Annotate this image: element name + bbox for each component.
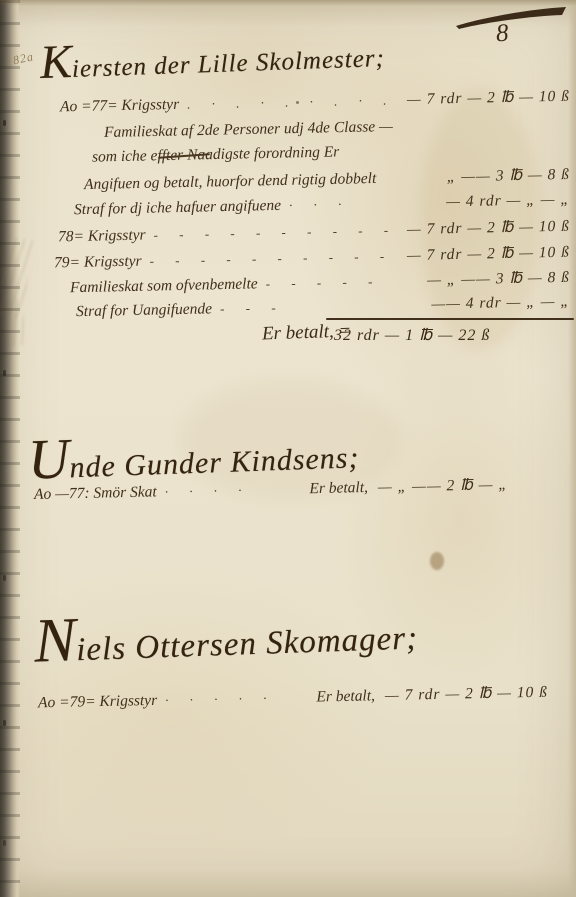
entry-amount: — 7 rdr — 2 ℔ — 10 ß [407,243,570,265]
dot-leader: - - - - - - - - - - [149,248,399,269]
ledger-line: som iche effter Naadigste forordning Er [92,143,340,166]
ledger-line: Ao =79= Krigsstyr · · · · · Er betalt, —… [38,683,548,713]
book-binding-gutter [0,0,20,897]
ledger-line: Familieskat som ofvenbemelte - - - - - —… [70,268,570,297]
dot-leader: · · · [289,195,438,214]
entry-amount: — „ —— 2 ℔ — „ [378,475,508,497]
entry-amount: —— 4 rdr — „ — „ [431,293,570,314]
section-heading-schoolmaster: Kiersten der Lille Skolmester; [39,24,385,90]
entry-label: Familieskat af 2de Personer udj 4de Clas… [104,118,393,142]
entry-label: 79= Krigsstyr [54,253,142,273]
ink-blot [430,552,444,570]
sum-rule [326,318,574,320]
dot-leader: . · . · . · . · . · . · [187,92,399,112]
ledger-line: Ao =77= Krigsstyr . · . · . · . · . · . … [60,87,570,117]
entry-label: Ao —77: Smör Skat [34,483,157,504]
entry-label: Straf for dj iche hafuer angifuene [74,197,281,219]
entry-amount: — „ —— 3 ℔ — 8 ß [427,268,570,290]
paid-label: Er betalt, [309,479,368,498]
entry-amount: — 4 rdr — „ — „ [446,191,570,212]
paid-label: Er betalt, [316,687,375,706]
entry-label: 78= Krigsstyr [58,227,146,247]
entry-label: som iche effter Naadigste forordning Er [92,143,340,166]
dot-leader [384,182,439,183]
entry-label: Ao =77= Krigsstyr [60,96,179,116]
dot-leader: · · · · · [165,690,305,709]
entry-amount: — 7 rdr — 2 ℔ — 10 ß [407,87,570,109]
folio-number: 8 [495,20,509,49]
ledger-line: Angifuen og betalt, huorfor dend rigtig … [84,165,570,194]
section-heading-skomager: Niels Ottersen Skomager; [33,591,419,677]
entry-label: Straf for Uangifuende [76,300,212,321]
entry-amount: „ —— 3 ℔ — 8 ß [447,165,571,187]
ledger-line: 78= Krigsstyr - - - - - - - - - - - - — … [58,217,570,247]
dot-leader: - - - [220,297,424,317]
dot-leader: - - - - - - - - - - - - [153,222,399,243]
ledger-line: Familieskat af 2de Personer udj 4de Clas… [104,118,393,142]
dot-leader: · · · · [165,481,298,500]
ledger-line: Straf for Uangifuende - - - —— 4 rdr — „… [76,293,570,321]
entry-amount: — 7 rdr — 2 ℔ — 10 ß [385,683,548,705]
entry-label: Ao =79= Krigsstyr [38,692,157,712]
entry-label: Familieskat som ofvenbemelte [70,275,258,297]
entry-amount: — 7 rdr — 2 ℔ — 10 ß [407,217,570,239]
total-paid-amount: 32 rdr — 1 ℔ — 22 ß [334,325,490,345]
manuscript-page: 8 182a Kiersten der Lille Skolmester; Ao… [0,0,576,897]
ledger-line: 79= Krigsstyr - - - - - - - - - - — 7 rd… [54,243,570,273]
dot-leader: - - - - - [266,273,420,292]
binding-stitch-marks [3,120,6,126]
entry-label: Angifuen og betalt, huorfor dend rigtig … [84,170,377,194]
pen-flourish-stroke [452,3,572,31]
page-right-edge [568,0,576,897]
ledger-line: Straf for dj iche hafuer angifuene · · ·… [74,191,570,219]
